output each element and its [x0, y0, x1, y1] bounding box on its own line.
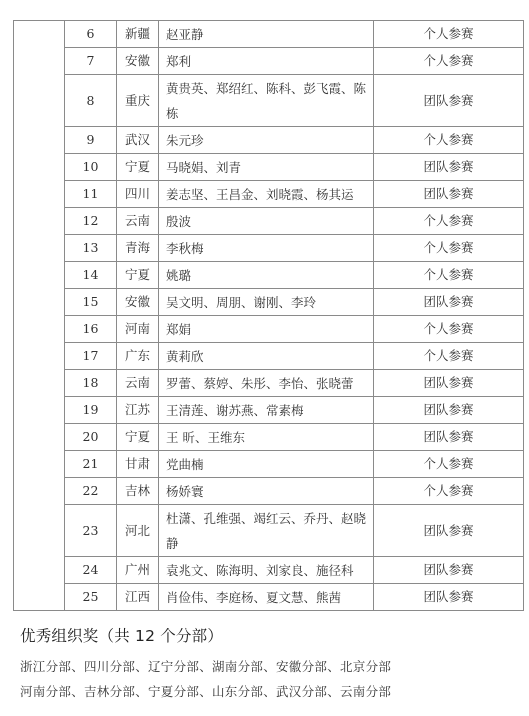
- row-number: 11: [65, 181, 117, 208]
- table-row: 17 广东 黄莉欣 个人参赛: [14, 343, 524, 370]
- row-names: 李秋梅: [159, 235, 374, 262]
- row-province: 江苏: [117, 397, 159, 424]
- table-row: 25 江西 肖俭伟、李庭杨、夏文慧、熊茜 团队参赛: [14, 584, 524, 611]
- row-number: 23: [65, 505, 117, 557]
- row-province: 新疆: [117, 21, 159, 48]
- row-type: 个人参赛: [374, 316, 524, 343]
- row-names: 王 昕、王维东: [159, 424, 374, 451]
- row-type: 团队参赛: [374, 370, 524, 397]
- row-type: 团队参赛: [374, 584, 524, 611]
- row-province: 广州: [117, 557, 159, 584]
- row-type: 团队参赛: [374, 505, 524, 557]
- row-province: 四川: [117, 181, 159, 208]
- row-names: 吴文明、周朋、谢刚、李玲: [159, 289, 374, 316]
- row-names: 黄贵英、郑绍红、陈科、彭飞霞、陈栋: [159, 75, 374, 127]
- row-names: 马晓娟、刘青: [159, 154, 374, 181]
- row-province: 吉林: [117, 478, 159, 505]
- row-number: 10: [65, 154, 117, 181]
- row-names: 郑利: [159, 48, 374, 75]
- table-row: 16 河南 郑娟 个人参赛: [14, 316, 524, 343]
- row-names: 黄莉欣: [159, 343, 374, 370]
- row-number: 21: [65, 451, 117, 478]
- award-list-line: 浙江分部、四川分部、辽宁分部、湖南分部、安徽分部、北京分部: [20, 654, 391, 679]
- row-names: 肖俭伟、李庭杨、夏文慧、熊茜: [159, 584, 374, 611]
- row-type: 团队参赛: [374, 289, 524, 316]
- row-names: 杜潇、孔维强、竭红云、乔丹、赵晓静: [159, 505, 374, 557]
- row-type: 团队参赛: [374, 557, 524, 584]
- table-row: 11 四川 姜志坚、王昌金、刘晓霞、杨其运 团队参赛: [14, 181, 524, 208]
- merged-category-cell: [14, 21, 65, 611]
- table-row: 13 青海 李秋梅 个人参赛: [14, 235, 524, 262]
- participants-table-container: 6 新疆 赵亚静 个人参赛 7 安徽 郑利 个人参赛 8 重庆 黄贵英、郑绍红、…: [13, 20, 524, 611]
- table-row: 6 新疆 赵亚静 个人参赛: [14, 21, 524, 48]
- section-heading: 优秀组织奖（共 12 个分部）: [20, 624, 391, 648]
- table-row: 23 河北 杜潇、孔维强、竭红云、乔丹、赵晓静 团队参赛: [14, 505, 524, 557]
- award-list-line: 河南分部、吉林分部、宁夏分部、山东分部、武汉分部、云南分部: [20, 679, 391, 704]
- row-province: 安徽: [117, 289, 159, 316]
- row-names: 姜志坚、王昌金、刘晓霞、杨其运: [159, 181, 374, 208]
- row-type: 个人参赛: [374, 21, 524, 48]
- row-number: 25: [65, 584, 117, 611]
- row-province: 安徽: [117, 48, 159, 75]
- row-names: 姚璐: [159, 262, 374, 289]
- row-names: 杨娇寰: [159, 478, 374, 505]
- row-number: 19: [65, 397, 117, 424]
- row-number: 15: [65, 289, 117, 316]
- row-number: 13: [65, 235, 117, 262]
- row-names: 袁兆文、陈海明、刘家良、施径科: [159, 557, 374, 584]
- row-province: 甘肃: [117, 451, 159, 478]
- row-number: 8: [65, 75, 117, 127]
- row-names: 党曲楠: [159, 451, 374, 478]
- row-number: 6: [65, 21, 117, 48]
- row-number: 14: [65, 262, 117, 289]
- row-type: 团队参赛: [374, 154, 524, 181]
- row-type: 个人参赛: [374, 478, 524, 505]
- row-number: 9: [65, 127, 117, 154]
- row-number: 12: [65, 208, 117, 235]
- row-type: 个人参赛: [374, 235, 524, 262]
- row-province: 重庆: [117, 75, 159, 127]
- table-row: 7 安徽 郑利 个人参赛: [14, 48, 524, 75]
- table-row: 18 云南 罗蕾、蔡婷、朱彤、李怡、张晓蕾 团队参赛: [14, 370, 524, 397]
- row-province: 青海: [117, 235, 159, 262]
- table-row: 12 云南 殷波 个人参赛: [14, 208, 524, 235]
- row-province: 广东: [117, 343, 159, 370]
- row-type: 个人参赛: [374, 262, 524, 289]
- row-province: 河南: [117, 316, 159, 343]
- table-row: 8 重庆 黄贵英、郑绍红、陈科、彭飞霞、陈栋 团队参赛: [14, 75, 524, 127]
- row-type: 团队参赛: [374, 424, 524, 451]
- row-number: 24: [65, 557, 117, 584]
- row-type: 团队参赛: [374, 75, 524, 127]
- excellent-organization-award-section: 优秀组织奖（共 12 个分部） 浙江分部、四川分部、辽宁分部、湖南分部、安徽分部…: [20, 624, 391, 704]
- table-row: 10 宁夏 马晓娟、刘青 团队参赛: [14, 154, 524, 181]
- row-names: 殷波: [159, 208, 374, 235]
- row-province: 河北: [117, 505, 159, 557]
- row-province: 云南: [117, 208, 159, 235]
- table-row: 9 武汉 朱元珍 个人参赛: [14, 127, 524, 154]
- row-type: 个人参赛: [374, 48, 524, 75]
- table-row: 19 江苏 王清莲、谢苏燕、常素梅 团队参赛: [14, 397, 524, 424]
- row-names: 郑娟: [159, 316, 374, 343]
- row-names: 罗蕾、蔡婷、朱彤、李怡、张晓蕾: [159, 370, 374, 397]
- row-names: 王清莲、谢苏燕、常素梅: [159, 397, 374, 424]
- row-names: 赵亚静: [159, 21, 374, 48]
- row-number: 18: [65, 370, 117, 397]
- row-number: 7: [65, 48, 117, 75]
- table-row: 14 宁夏 姚璐 个人参赛: [14, 262, 524, 289]
- row-number: 22: [65, 478, 117, 505]
- row-type: 个人参赛: [374, 343, 524, 370]
- row-type: 个人参赛: [374, 451, 524, 478]
- row-province: 宁夏: [117, 154, 159, 181]
- participants-table: 6 新疆 赵亚静 个人参赛 7 安徽 郑利 个人参赛 8 重庆 黄贵英、郑绍红、…: [13, 20, 524, 611]
- row-province: 云南: [117, 370, 159, 397]
- row-type: 团队参赛: [374, 397, 524, 424]
- row-province: 武汉: [117, 127, 159, 154]
- table-row: 20 宁夏 王 昕、王维东 团队参赛: [14, 424, 524, 451]
- row-names: 朱元珍: [159, 127, 374, 154]
- row-province: 宁夏: [117, 262, 159, 289]
- table-row: 15 安徽 吴文明、周朋、谢刚、李玲 团队参赛: [14, 289, 524, 316]
- row-type: 个人参赛: [374, 208, 524, 235]
- table-row: 24 广州 袁兆文、陈海明、刘家良、施径科 团队参赛: [14, 557, 524, 584]
- row-province: 江西: [117, 584, 159, 611]
- row-type: 团队参赛: [374, 181, 524, 208]
- table-row: 22 吉林 杨娇寰 个人参赛: [14, 478, 524, 505]
- row-number: 17: [65, 343, 117, 370]
- row-number: 20: [65, 424, 117, 451]
- table-row: 21 甘肃 党曲楠 个人参赛: [14, 451, 524, 478]
- row-type: 个人参赛: [374, 127, 524, 154]
- row-number: 16: [65, 316, 117, 343]
- row-province: 宁夏: [117, 424, 159, 451]
